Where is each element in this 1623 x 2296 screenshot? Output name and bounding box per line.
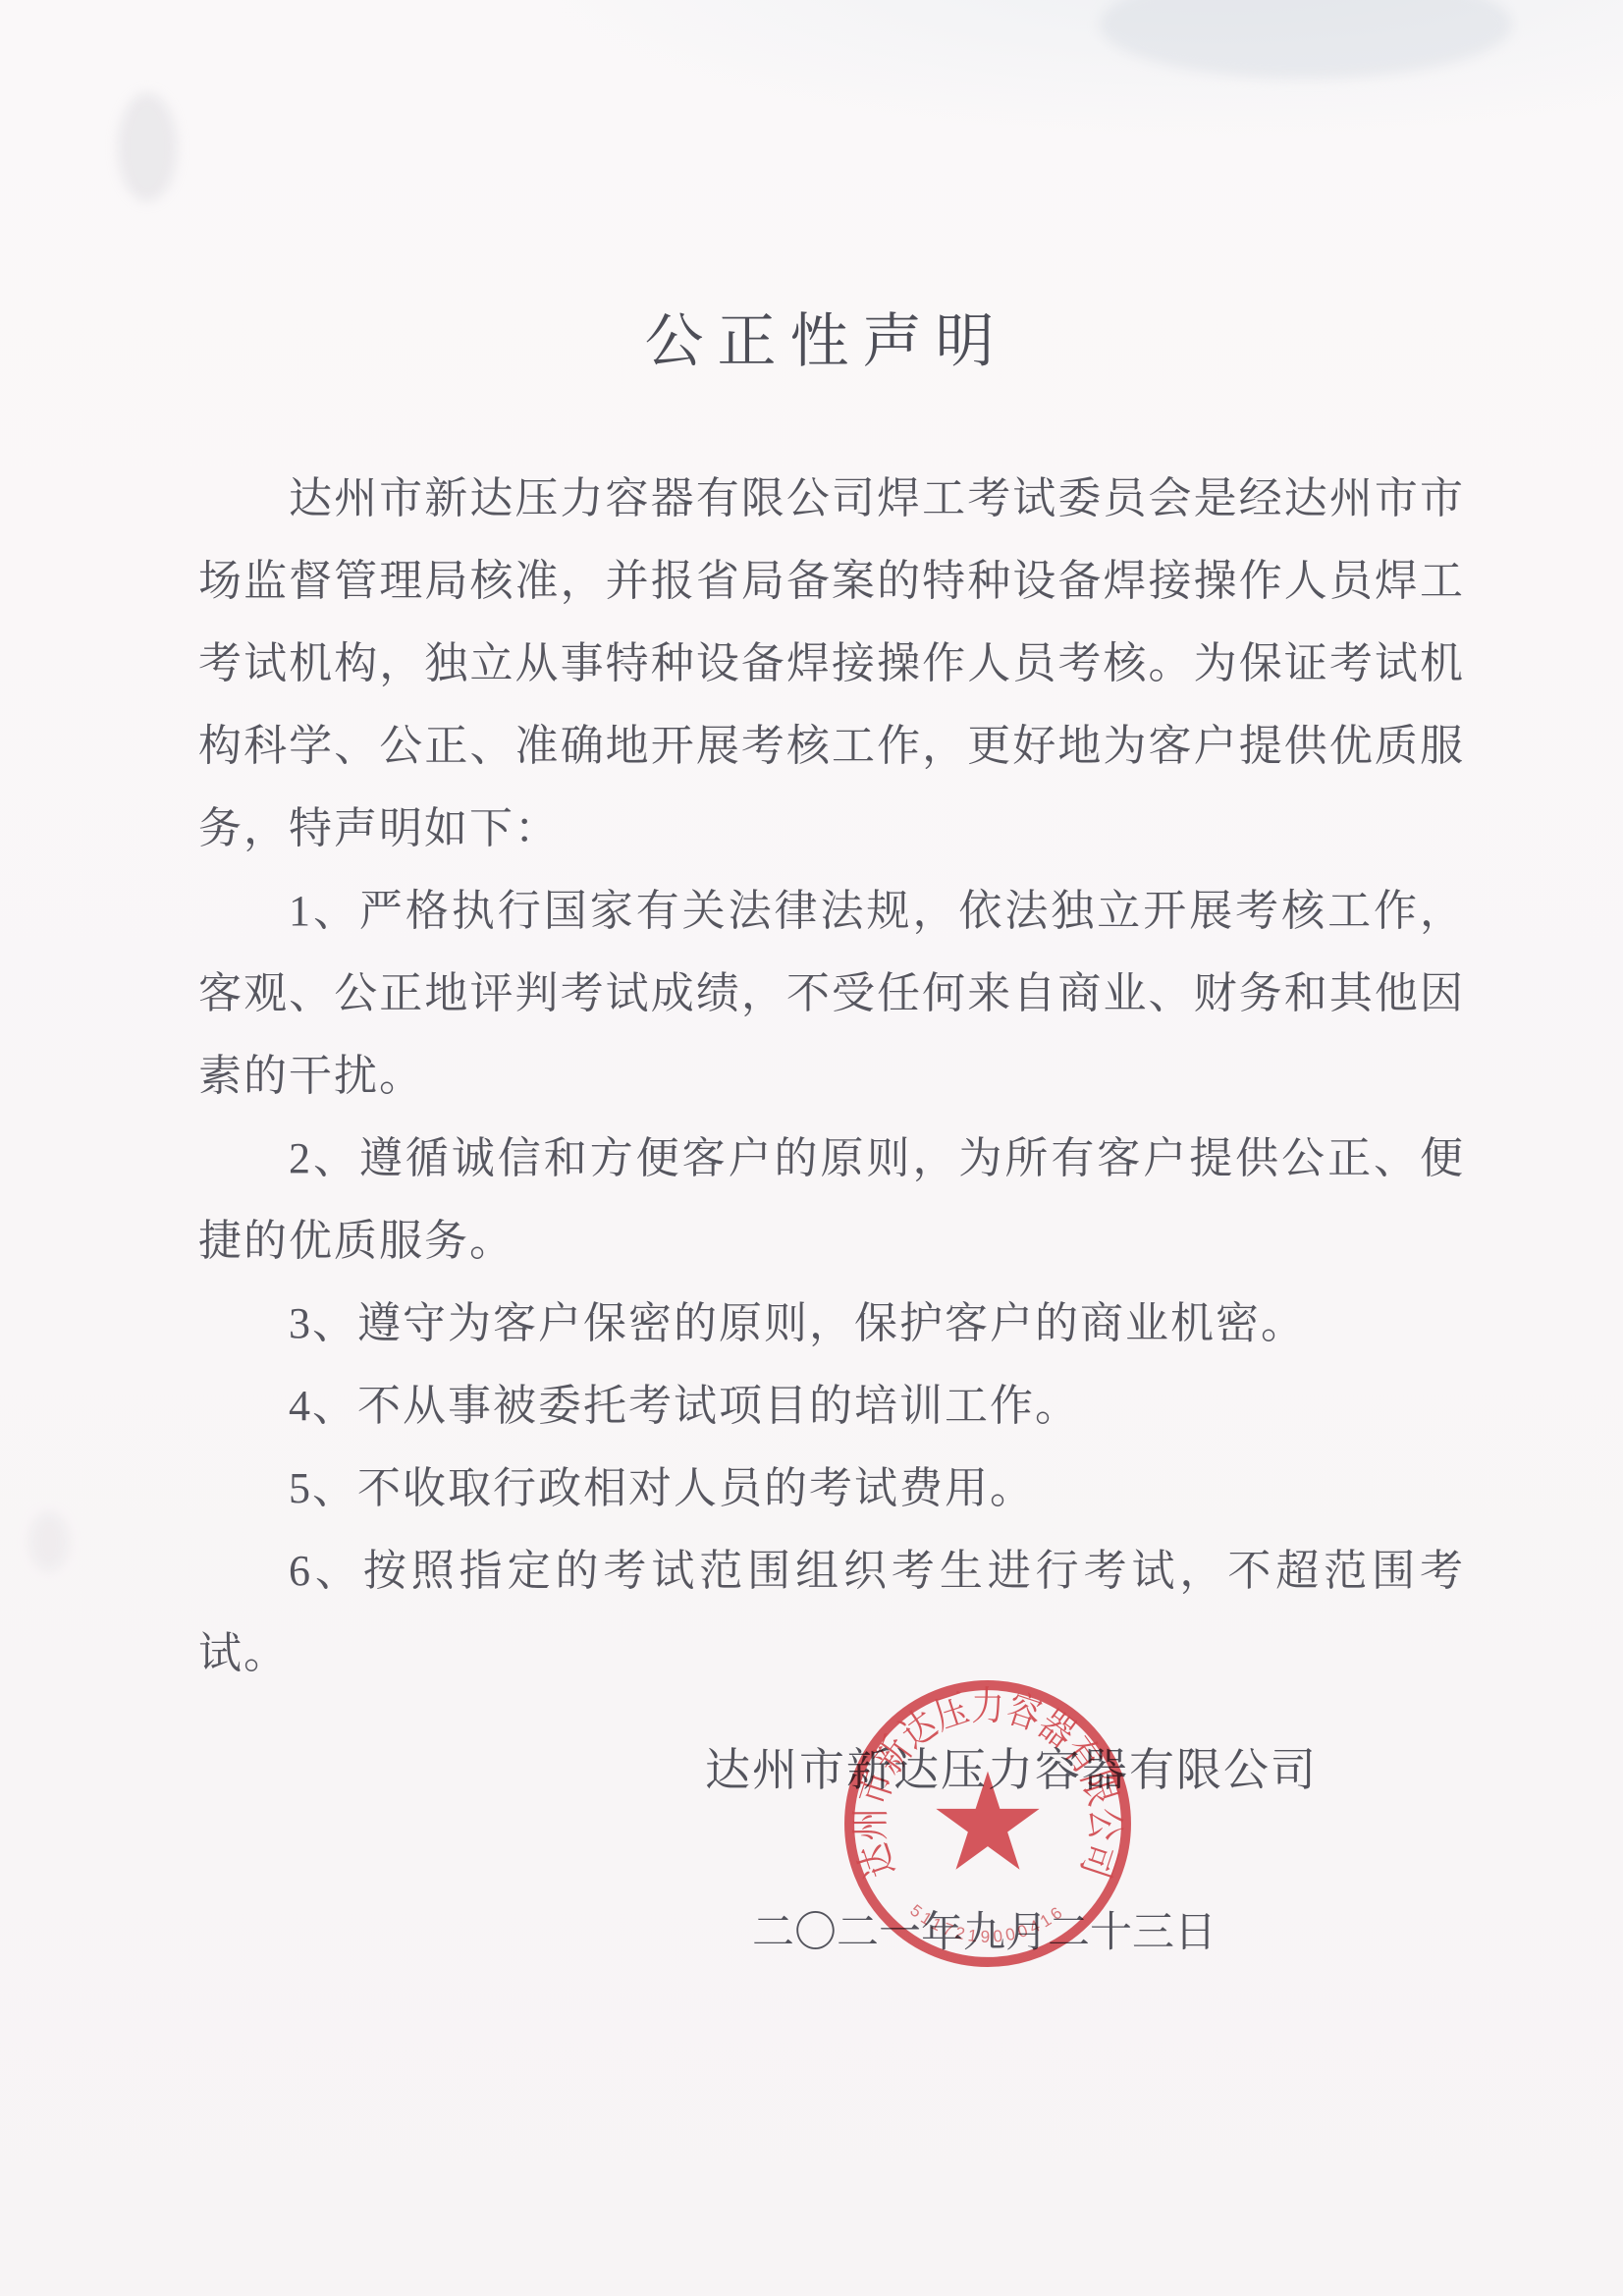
paragraph-item-6: 6、按照指定的考试范围组织考生进行考试，不超范围考试。	[198, 1530, 1465, 1695]
seal-serial-number: 5117219000416	[906, 1901, 1068, 1946]
scan-artifact	[29, 1512, 69, 1571]
paragraph-item-2: 2、遵循诚信和方便客户的原则，为所有客户提供公正、便捷的优质服务。	[198, 1118, 1465, 1283]
paragraph-item-5: 5、不收取行政相对人员的考试费用。	[198, 1448, 1465, 1530]
paragraph-item-4: 4、不从事被委托考试项目的培训工作。	[198, 1365, 1465, 1448]
document-body: 达州市新达压力容器有限公司焊工考试委员会是经达州市市场监督管理局核准，并报省局备…	[198, 458, 1465, 1695]
scan-artifact	[118, 93, 177, 201]
paragraph-item-1: 1、严格执行国家有关法律法规，依法独立开展考核工作，客观、公正地评判考试成绩，不…	[198, 870, 1465, 1118]
scan-artifact	[1100, 0, 1512, 79]
scanned-document-page: 公正性声明 达州市新达压力容器有限公司焊工考试委员会是经达州市市场监督管理局核准…	[0, 0, 1623, 2296]
document-title: 公正性声明	[29, 295, 1623, 379]
seal-star-icon	[936, 1772, 1039, 1870]
company-seal-stamp: 达州市新达压力容器有限公司 5117219000416	[839, 1675, 1136, 1972]
paragraph-item-3: 3、遵守为客户保密的原则，保护客户的商业机密。	[198, 1283, 1465, 1365]
paragraph-intro: 达州市新达压力容器有限公司焊工考试委员会是经达州市市场监督管理局核准，并报省局备…	[198, 458, 1465, 870]
